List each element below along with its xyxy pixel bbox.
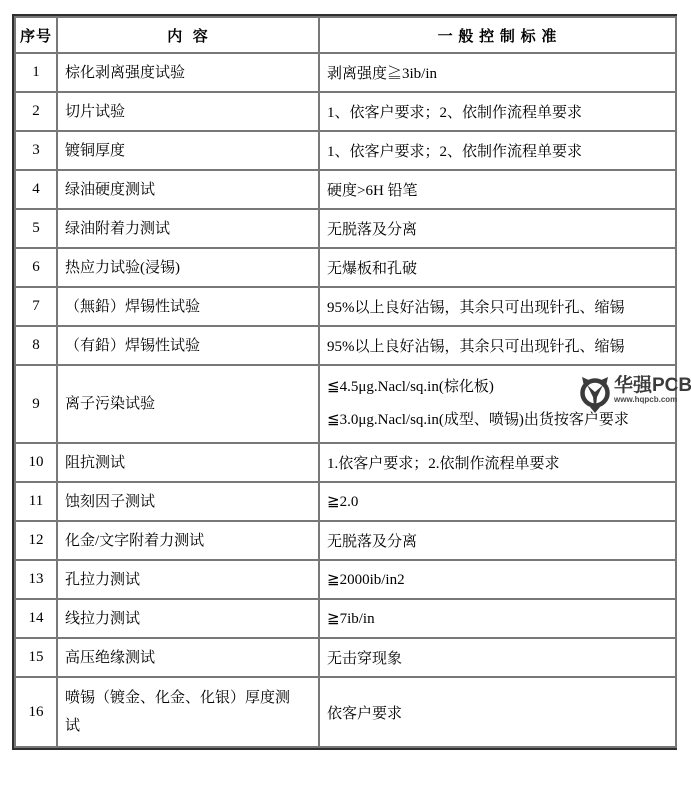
control-standard-line: ≦3.0μg.Nacl/sq.in(成型、喷锡)出货按客户要求 [327,404,671,437]
control-standard-cell: 硬度>6H 铅笔 [319,170,676,209]
control-standard-cell: 无击穿现象 [319,638,676,677]
control-standard-line: ≧2.0 [327,492,671,511]
row-serial-number: 14 [15,599,57,638]
row-serial-number: 13 [15,560,57,599]
test-content-cell: 离子污染试验 [57,365,319,443]
control-standard-line: 1、依客户要求；2、依制作流程单要求 [327,140,671,161]
control-standard-line: 无脱落及分离 [327,218,671,239]
test-content-cell: 高压绝缘测试 [57,638,319,677]
table-row: 12化金/文字附着力测试无脱落及分离 [15,521,676,560]
row-serial-number: 3 [15,131,57,170]
control-standard-cell: 剥离强度≧3ib/in [319,53,676,92]
test-content-cell: 喷锡（镀金、化金、化银）厚度测试 [57,677,319,747]
table-row: 10阻抗测试1.依客户要求；2.依制作流程单要求 [15,443,676,482]
control-standard-line: 硬度>6H 铅笔 [327,179,671,200]
control-standard-line: 95%以上良好沾锡，其余只可出现针孔、缩锡 [327,296,671,317]
control-standard-line: 依客户要求 [327,702,671,723]
control-standard-line: 1.依客户要求；2.依制作流程单要求 [327,452,671,473]
table-row: 2切片试验1、依客户要求；2、依制作流程单要求 [15,92,676,131]
control-standard-cell: 无爆板和孔破 [319,248,676,287]
table-row: 7（無鉛）焊锡性试验95%以上良好沾锡，其余只可出现针孔、缩锡 [15,287,676,326]
row-serial-number: 6 [15,248,57,287]
col-header-general-control-standard: 一 般 控 制 标 准 [319,17,676,53]
control-standard-cell: 无脱落及分离 [319,521,676,560]
table-row: 13孔拉力测试≧2000ib/in2 [15,560,676,599]
table-header-row: 序号 内 容 一 般 控 制 标 准 [15,17,676,53]
test-content-cell: 线拉力测试 [57,599,319,638]
table-row: 15高压绝缘测试无击穿现象 [15,638,676,677]
control-standard-cell: ≧2.0 [319,482,676,521]
test-content-cell: 化金/文字附着力测试 [57,521,319,560]
control-standard-line: 无击穿现象 [327,647,671,668]
row-serial-number: 12 [15,521,57,560]
row-serial-number: 4 [15,170,57,209]
table-row: 11蚀刻因子测试≧2.0 [15,482,676,521]
control-standard-line: ≦4.5μg.Nacl/sq.in(棕化板) [327,371,671,404]
test-content-cell: 蚀刻因子测试 [57,482,319,521]
row-serial-number: 11 [15,482,57,521]
row-serial-number: 2 [15,92,57,131]
control-standard-line: 95%以上良好沾锡，其余只可出现针孔、缩锡 [327,335,671,356]
control-standard-cell: ≧7ib/in [319,599,676,638]
test-content-cell: 绿油附着力测试 [57,209,319,248]
col-header-content: 内 容 [57,17,319,53]
control-standard-line: ≧7ib/in [327,609,671,628]
table-row: 14线拉力测试≧7ib/in [15,599,676,638]
table-row: 1棕化剥离强度试验剥离强度≧3ib/in [15,53,676,92]
row-serial-number: 9 [15,365,57,443]
row-serial-number: 16 [15,677,57,747]
test-content-cell: 绿油硬度测试 [57,170,319,209]
control-standard-cell: 1、依客户要求；2、依制作流程单要求 [319,92,676,131]
test-content-cell: 切片试验 [57,92,319,131]
control-standard-cell: 95%以上良好沾锡，其余只可出现针孔、缩锡 [319,287,676,326]
col-header-serial-number: 序号 [15,17,57,53]
control-standard-cell: 95%以上良好沾锡，其余只可出现针孔、缩锡 [319,326,676,365]
table-row: 16喷锡（镀金、化金、化银）厚度测试依客户要求 [15,677,676,747]
test-content-cell: （有鉛）焊锡性试验 [57,326,319,365]
control-standard-cell: 1、依客户要求；2、依制作流程单要求 [319,131,676,170]
row-serial-number: 10 [15,443,57,482]
control-standard-line: ≧2000ib/in2 [327,570,671,589]
row-serial-number: 15 [15,638,57,677]
test-content-cell: 镀铜厚度 [57,131,319,170]
table-row: 5绿油附着力测试无脱落及分离 [15,209,676,248]
table-row: 4绿油硬度测试硬度>6H 铅笔 [15,170,676,209]
table-row: 8（有鉛）焊锡性试验95%以上良好沾锡，其余只可出现针孔、缩锡 [15,326,676,365]
row-serial-number: 8 [15,326,57,365]
row-serial-number: 7 [15,287,57,326]
test-content-cell: 阻抗测试 [57,443,319,482]
control-standard-cell: ≦4.5μg.Nacl/sq.in(棕化板)≦3.0μg.Nacl/sq.in(… [319,365,676,443]
row-serial-number: 1 [15,53,57,92]
row-serial-number: 5 [15,209,57,248]
qc-standards-table: 序号 内 容 一 般 控 制 标 准 1棕化剥离强度试验剥离强度≧3ib/in2… [12,14,677,750]
control-standard-line: 无爆板和孔破 [327,257,671,278]
table-row: 9离子污染试验≦4.5μg.Nacl/sq.in(棕化板)≦3.0μg.Nacl… [15,365,676,443]
test-content-cell: 热应力试验(浸锡) [57,248,319,287]
control-standard-cell: 依客户要求 [319,677,676,747]
control-standard-cell: ≧2000ib/in2 [319,560,676,599]
test-content-cell: （無鉛）焊锡性试验 [57,287,319,326]
control-standard-cell: 无脱落及分离 [319,209,676,248]
table-row: 3镀铜厚度1、依客户要求；2、依制作流程单要求 [15,131,676,170]
control-standard-line: 无脱落及分离 [327,530,671,551]
test-content-cell: 孔拉力测试 [57,560,319,599]
control-standard-line: 1、依客户要求；2、依制作流程单要求 [327,101,671,122]
control-standard-line: 剥离强度≧3ib/in [327,62,671,83]
control-standard-cell: 1.依客户要求；2.依制作流程单要求 [319,443,676,482]
test-content-cell: 棕化剥离强度试验 [57,53,319,92]
table-row: 6热应力试验(浸锡)无爆板和孔破 [15,248,676,287]
